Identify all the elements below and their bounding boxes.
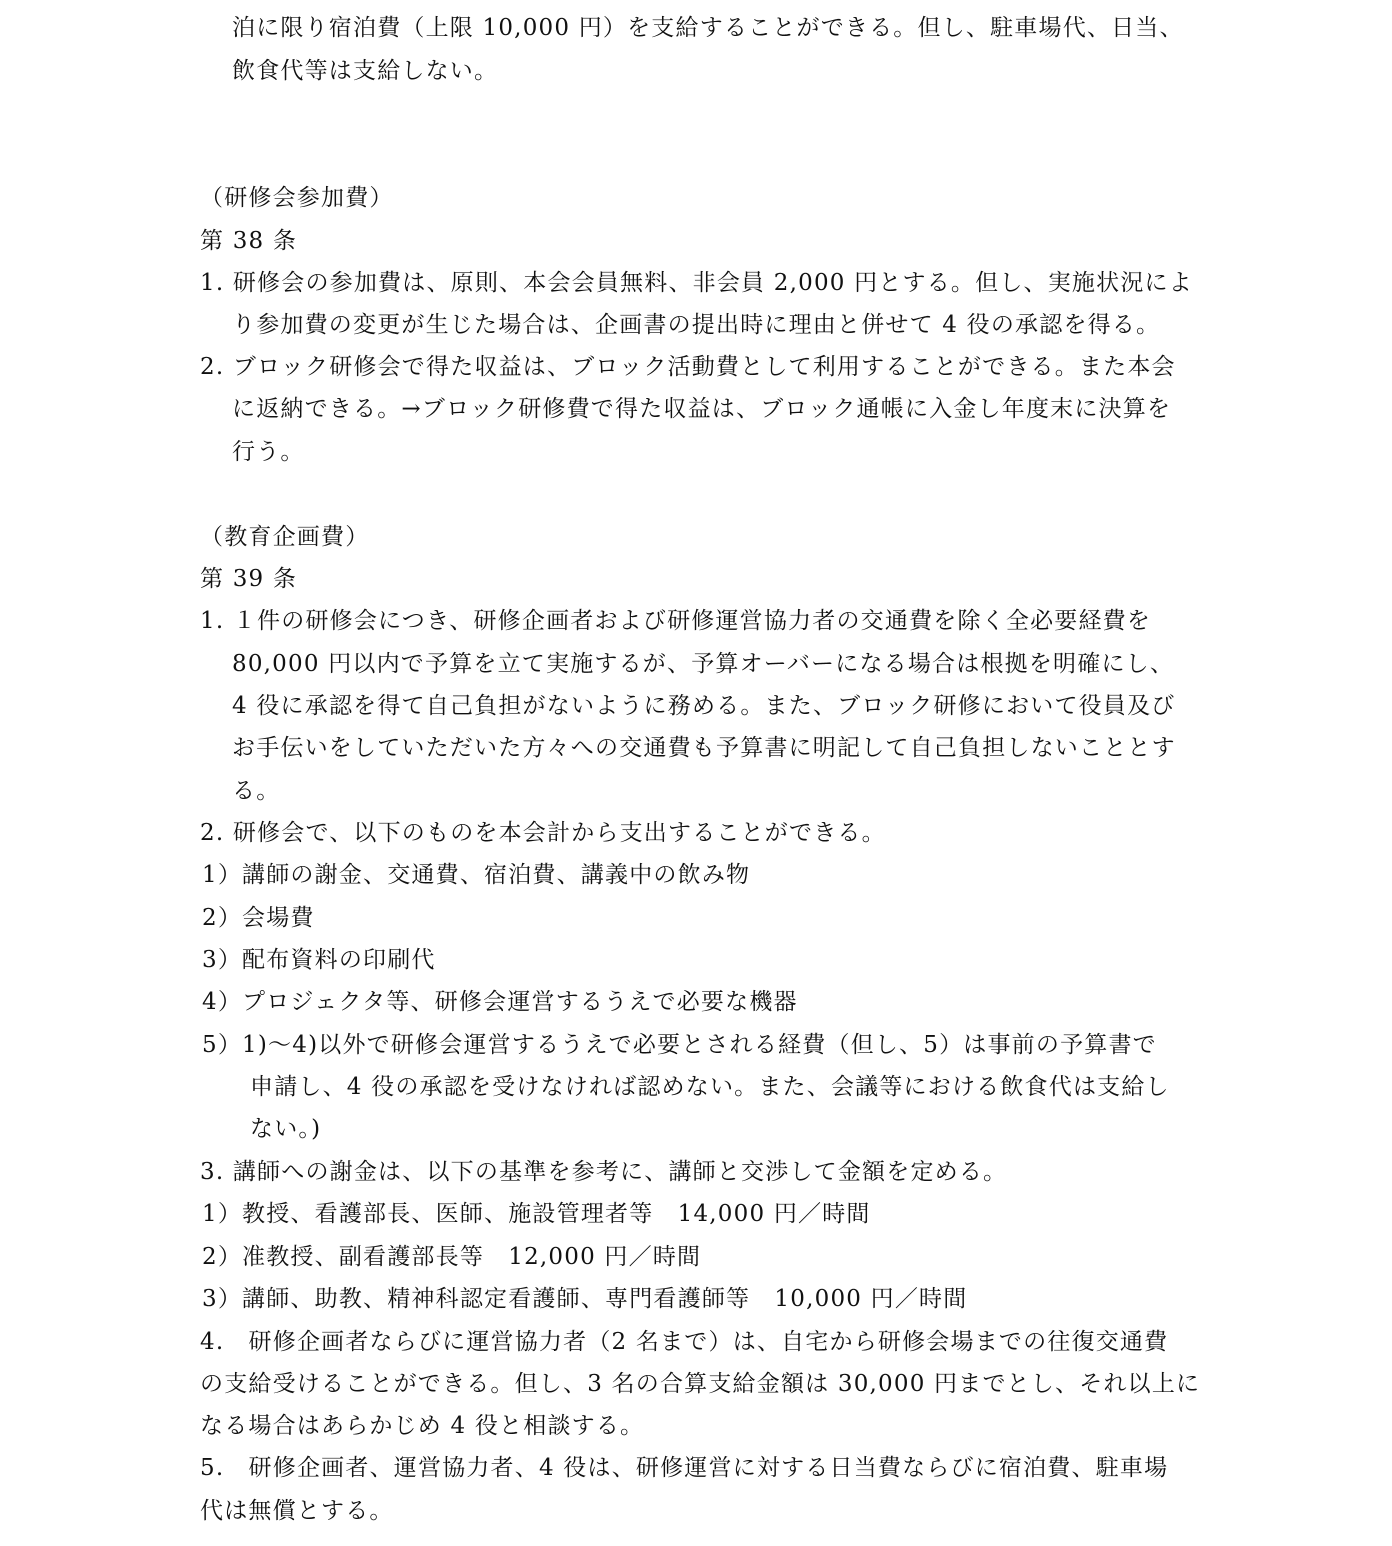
text-line: （研修会参加費） [200, 183, 394, 213]
text-line: 1）教授、看護部長、医師、施設管理者等 14,000 円／時間 [202, 1199, 871, 1229]
text-line: 4 役に承認を得て自己負担がないように務める。また、ブロック研修において役員及び [232, 691, 1175, 721]
text-line: 行う。 [232, 437, 305, 467]
text-line: （教育企画費） [200, 522, 369, 552]
text-line: に返納できる。→ブロック研修費で得た収益は、ブロック通帳に入金し年度末に決算を [232, 394, 1171, 424]
text-line: の支給受けることができる。但し、3 名の合算支給金額は 30,000 円までとし… [200, 1369, 1200, 1399]
text-line: なる場合はあらかじめ 4 役と相談する。 [200, 1411, 644, 1441]
text-line: 飲食代等は支給しない。 [232, 56, 498, 86]
text-line: 泊に限り宿泊費（上限 10,000 円）を支給することができる。但し、駐車場代、… [232, 13, 1184, 43]
text-line: 80,000 円以内で予算を立て実施するが、予算オーバーになる場合は根拠を明確に… [232, 649, 1174, 679]
text-line: 1. 研修会の参加費は、原則、本会会員無料、非会員 2,000 円とする。但し、… [200, 268, 1193, 298]
text-line: 第 38 条 [200, 226, 297, 256]
text-line: 1）講師の謝金、交通費、宿泊費、講義中の飲み物 [202, 860, 750, 890]
text-line: 5）1)～4)以外で研修会運営するうえで必要とされる経費（但し、5）は事前の予算… [202, 1030, 1157, 1060]
text-line: 3）配布資料の印刷代 [202, 945, 436, 975]
text-line: 3. 講師への謝金は、以下の基準を参考に、講師と交渉して金額を定める。 [200, 1157, 1007, 1187]
text-line: り参加費の変更が生じた場合は、企画書の提出時に理由と併せて 4 役の承認を得る。 [232, 310, 1160, 340]
text-line: 第 39 条 [200, 564, 297, 594]
text-line: 2）会場費 [202, 903, 315, 933]
text-line: 4. 研修企画者ならびに運営協力者（2 名まで）は、自宅から研修会場までの往復交… [200, 1327, 1168, 1357]
text-line: 1. １件の研修会につき、研修企画者および研修運営協力者の交通費を除く全必要経費… [200, 606, 1151, 636]
text-line: お手伝いをしていただいた方々への交通費も予算書に明記して自己負担しないこととす [232, 733, 1176, 763]
text-line: 2. ブロック研修会で得た収益は、ブロック活動費として利用することができる。また… [200, 352, 1176, 382]
text-line: 4）プロジェクタ等、研修会運営するうえで必要な機器 [202, 987, 798, 1017]
text-line: 2. 研修会で、以下のものを本会計から支出することができる。 [200, 818, 886, 848]
text-line: 2）准教授、副看護部長等 12,000 円／時間 [202, 1242, 701, 1272]
text-line: 代は無償とする。 [200, 1496, 394, 1526]
text-line: 5. 研修企画者、運営協力者、4 役は、研修運営に対する日当費ならびに宿泊費、駐… [200, 1453, 1168, 1483]
text-line: る。 [232, 776, 280, 806]
text-line: 3）講師、助教、精神科認定看護師、専門看護師等 10,000 円／時間 [202, 1284, 967, 1314]
text-line: 申請し、4 役の承認を受けなければ認めない。また、会議等における飲食代は支給し [250, 1072, 1170, 1102]
text-line: ない。) [250, 1114, 321, 1144]
